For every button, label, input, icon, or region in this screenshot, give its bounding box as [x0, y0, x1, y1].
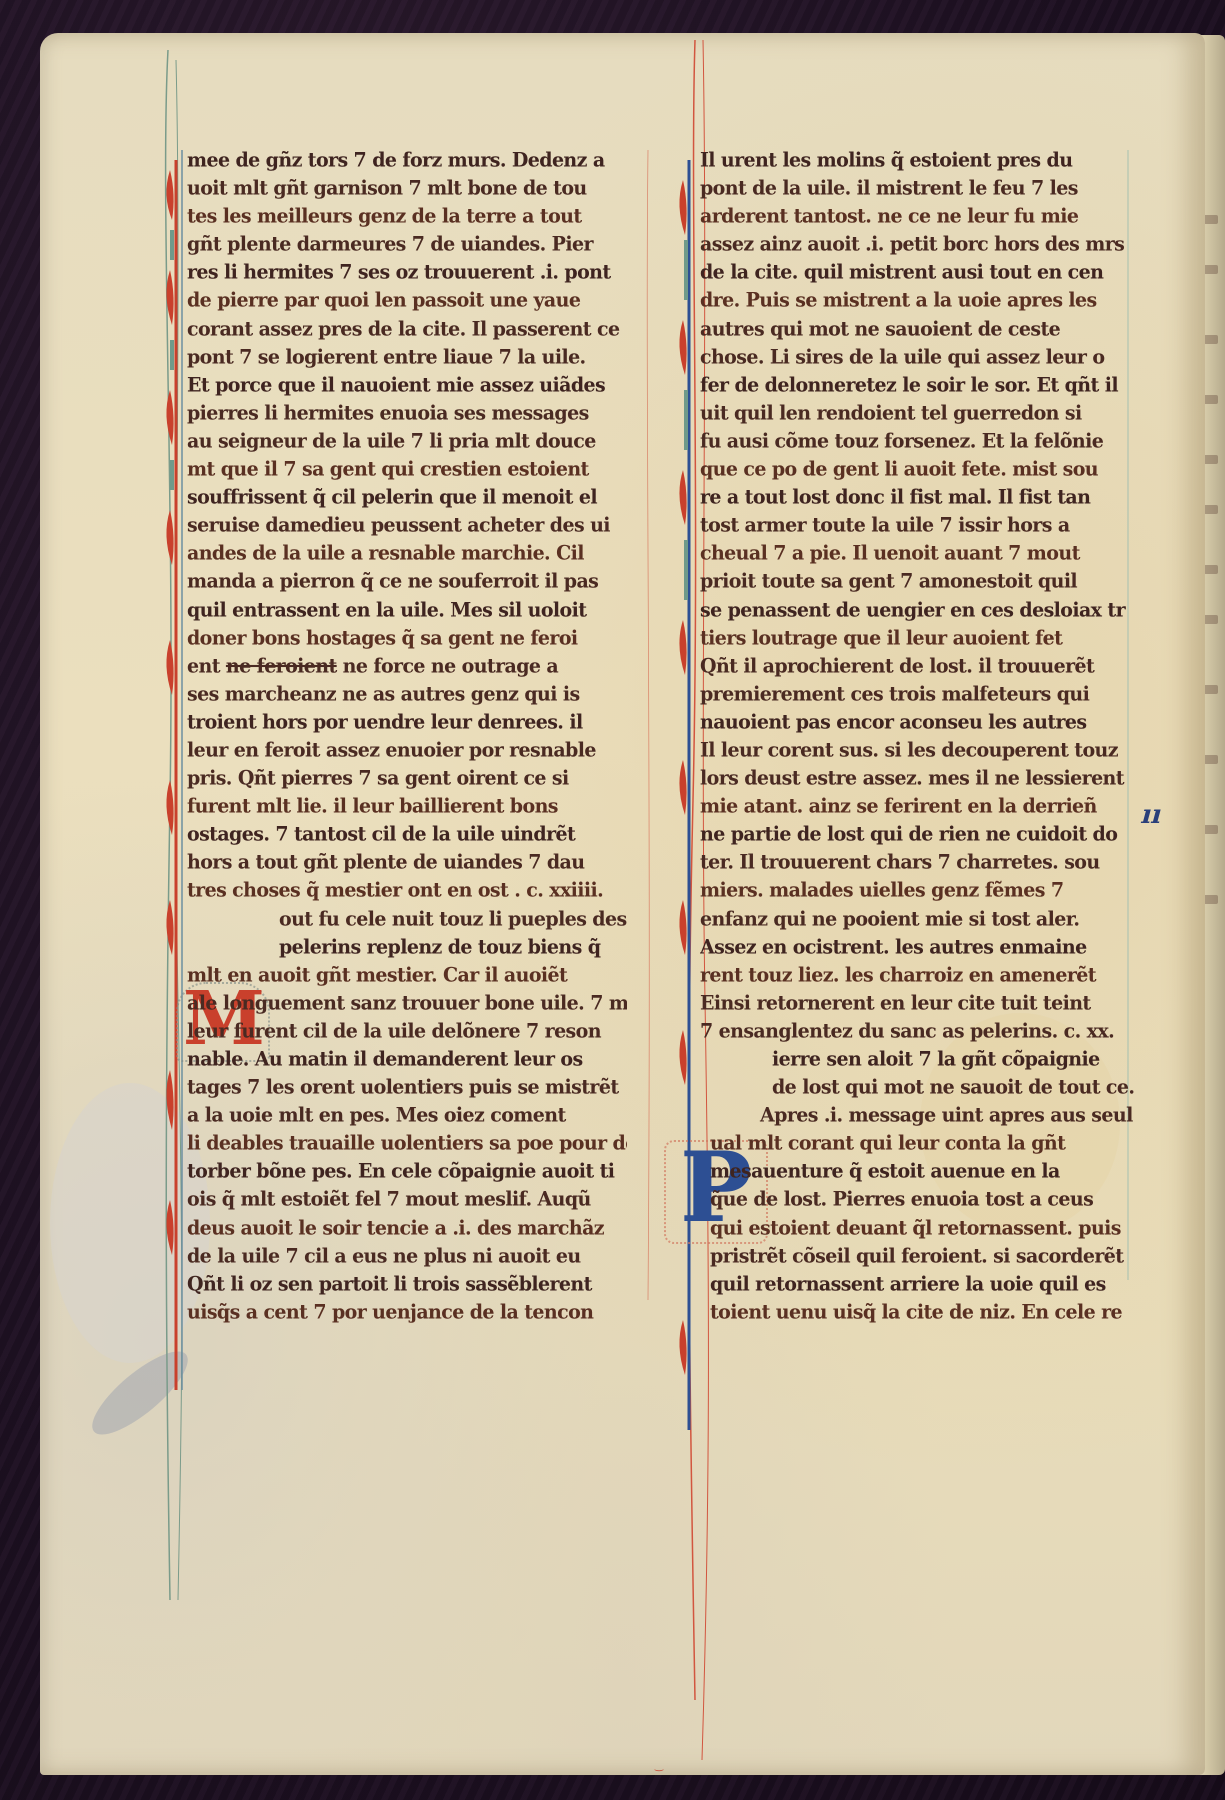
text-line: nable. Au matin il demanderent leur os [187, 1044, 627, 1073]
text-line: de la cite. quil mistrent ausi tout en c… [700, 258, 1140, 287]
text-line: uit quil len rendoient tel guerredon si [700, 398, 1140, 427]
text-line: mesauenture q̃ estoit auenue en la [700, 1157, 1140, 1186]
text-line: enfanz qui ne pooient mie si tost aler. [700, 904, 1140, 933]
text-line: tes les meilleurs genz de la terre a tou… [187, 201, 627, 230]
text-line: gñt plente darmeures 7 de uiandes. Pier [187, 230, 627, 259]
text-line: pont de la uile. il mistrent le feu 7 le… [700, 173, 1140, 202]
text-line: q̃ue de lost. Pierres enuoia tost a ceus [700, 1185, 1140, 1214]
text-line: ter. Il trouuerent chars 7 charretes. so… [700, 848, 1140, 877]
text-line: pelerins replenz de touz biens q̃ [187, 932, 627, 961]
text-line: se penassent de uengier en ces desloiax … [700, 595, 1140, 624]
text-line: mlt en auoit gñt mestier. Car il auoiẽt [187, 960, 627, 989]
text-line: au seigneur de la uile 7 li pria mlt dou… [187, 426, 627, 455]
text-line: res li hermites 7 ses oz trouuerent .i. … [187, 258, 627, 287]
text-line: ois q̃ mlt estoiẽt fel 7 mout meslif. Au… [187, 1185, 627, 1214]
text-line: souffrissent q̃ cil pelerin que il menoi… [187, 482, 627, 511]
text-line: Qñt li oz sen partoit li trois sassẽbler… [187, 1269, 627, 1298]
text-line: Apres .i. message uint apres aus seul .i… [700, 1100, 1140, 1129]
text-line: uoit mlt gñt garnison 7 mlt bone de tou [187, 173, 627, 202]
text-line: pristrẽt cõseil quil feroient. si sacord… [700, 1241, 1140, 1270]
text-line: leur furent cil de la uile delõnere 7 re… [187, 1016, 627, 1045]
text-line: doner bons hostages q̃ sa gent ne feroi [187, 623, 627, 652]
text-line: premierement ces trois malfeteurs qui [700, 679, 1140, 708]
text-line: autres qui mot ne sauoient de ceste [700, 314, 1140, 343]
text-line: toient uenu uisq̃ la cite de niz. En cel… [700, 1297, 1140, 1326]
text-line: Einsi retornerent en leur cite tuit tein… [700, 988, 1140, 1017]
text-line: arderent tantost. ne ce ne leur fu mie [700, 201, 1140, 230]
text-line: re a tout lost donc il fist mal. Il fist… [700, 482, 1140, 511]
text-line: ale longuement sanz trouuer bone uile. 7… [187, 988, 627, 1017]
text-line-with-deletion: ent ne feroient ne force ne outrage a [187, 651, 627, 680]
text-line: ierre sen aloit 7 la gñt cõpaignie [700, 1044, 1140, 1073]
text-line: pont 7 se logierent entre liaue 7 la uil… [187, 342, 627, 371]
text-line: Et porce que il nauoient mie assez uiãde… [187, 370, 627, 399]
text-line: dre. Puis se mistrent a la uoie apres le… [700, 286, 1140, 315]
text-line: fu ausi cõme touz forsenez. Et la felõni… [700, 426, 1140, 455]
text-line: out fu cele nuit touz li pueples des [187, 904, 627, 933]
text-line: assez ainz auoit .i. petit borc hors des… [700, 230, 1140, 259]
text-line: manda a pierron q̃ ce ne souferroit il p… [187, 567, 627, 596]
text-line: que ce po de gent li auoit fete. mist so… [700, 454, 1140, 483]
text-line: de lost qui mot ne sauoit de tout ce. [700, 1072, 1140, 1101]
text-line: a la uoie mlt en pes. Mes oiez coment [187, 1100, 627, 1129]
text-line: tages 7 les orent uolentiers puis se mis… [187, 1072, 627, 1101]
text-line: tiers loutrage que il leur auoient fet [700, 623, 1140, 652]
text-line: furent mlt lie. il leur baillierent bons [187, 791, 627, 820]
text-line: troient hors por uendre leur denrees. il [187, 707, 627, 736]
text-line: hors a tout gñt plente de uiandes 7 dau [187, 848, 627, 877]
text-line: pierres li hermites enuoia ses messages [187, 398, 627, 427]
text-line: seruise damedieu peussent acheter des ui [187, 511, 627, 540]
text-line: Assez en ocistrent. les autres enmaine [700, 932, 1140, 961]
text-line: fer de delonneretez le soir le sor. Et q… [700, 370, 1140, 399]
text-line: li deables trauaille uolentiers sa poe p… [187, 1129, 627, 1158]
struck-text: ne feroient [226, 654, 337, 677]
text-line: leur en feroit assez enuoier por resnabl… [187, 735, 627, 764]
text-line: uisq̃s a cent 7 por uenjance de la tenco… [187, 1297, 627, 1326]
text-line: prioit toute sa gent 7 amonestoit quil [700, 567, 1140, 596]
text-line: de la uile 7 cil a eus ne plus ni auoit … [187, 1241, 627, 1270]
text-line: miers. malades uielles genz fẽmes 7 [700, 876, 1140, 905]
text-line: deus auoit le soir tencie a .i. des marc… [187, 1213, 627, 1242]
chapter-end-line: tres choses q̃ mestier ont en ost . c. x… [187, 876, 627, 905]
text-line: nauoient pas encor aconseu les autres [700, 707, 1140, 736]
text-line: Qñt il aprochierent de lost. il trouuerẽ… [700, 651, 1140, 680]
text-line: Il leur corent sus. si les decouperent t… [700, 735, 1140, 764]
text-line: ostages. 7 tantost cil de la uile uindrẽ… [187, 820, 627, 849]
text-line: chose. Li sires de la uile qui assez leu… [700, 342, 1140, 371]
text-line: mt que il 7 sa gent qui crestien estoien… [187, 454, 627, 483]
chapter-end-line: 7 ensanglentez du sanc as pelerins. c. x… [700, 1016, 1140, 1045]
text-line: qui estoient deuant q̃l retornassent. pu… [700, 1213, 1140, 1242]
text-line: quil entrassent en la uile. Mes sil uolo… [187, 595, 627, 624]
text-line: andes de la uile a resnable marchie. Cil [187, 539, 627, 568]
text-line: ual mlt corant qui leur conta la gñt [700, 1129, 1140, 1158]
text-line: corant assez pres de la cite. Il passere… [187, 314, 627, 343]
bottom-catchword-trace: ‿ [655, 1761, 663, 1772]
text-line: ses marcheanz ne as autres genz qui is [187, 679, 627, 708]
text-line: quil retornassent arriere la uoie quil e… [700, 1269, 1140, 1298]
text-line: ne partie de lost qui de rien ne cuidoit… [700, 820, 1140, 849]
text-line: cheual 7 a pie. Il uenoit auant 7 mout [700, 539, 1140, 568]
text-line: lors deust estre assez. mes il ne lessie… [700, 763, 1140, 792]
right-text-column: Il urent les molins q̃ estoient pres du … [700, 146, 1140, 1326]
text-line: mie atant. ainz se ferirent en la derrie… [700, 791, 1140, 820]
text-line: tost armer toute la uile 7 issir hors a [700, 511, 1140, 540]
text-line: torber bõne pes. En cele cõpaignie auoit… [187, 1157, 627, 1186]
text-line: pris. Qñt pierres 7 sa gent oirent ce si [187, 763, 627, 792]
text-line: mee de gñz tors 7 de forz murs. Dedenz a [187, 145, 627, 174]
text-line: rent touz liez. les charroiz en amenerẽt [700, 960, 1140, 989]
text-line: Il urent les molins q̃ estoient pres du [700, 145, 1140, 174]
left-text-column: mee de gñz tors 7 de forz murs. Dedenz a… [187, 146, 627, 1326]
text-line: de pierre par quoi len passoit une yaue [187, 286, 627, 315]
